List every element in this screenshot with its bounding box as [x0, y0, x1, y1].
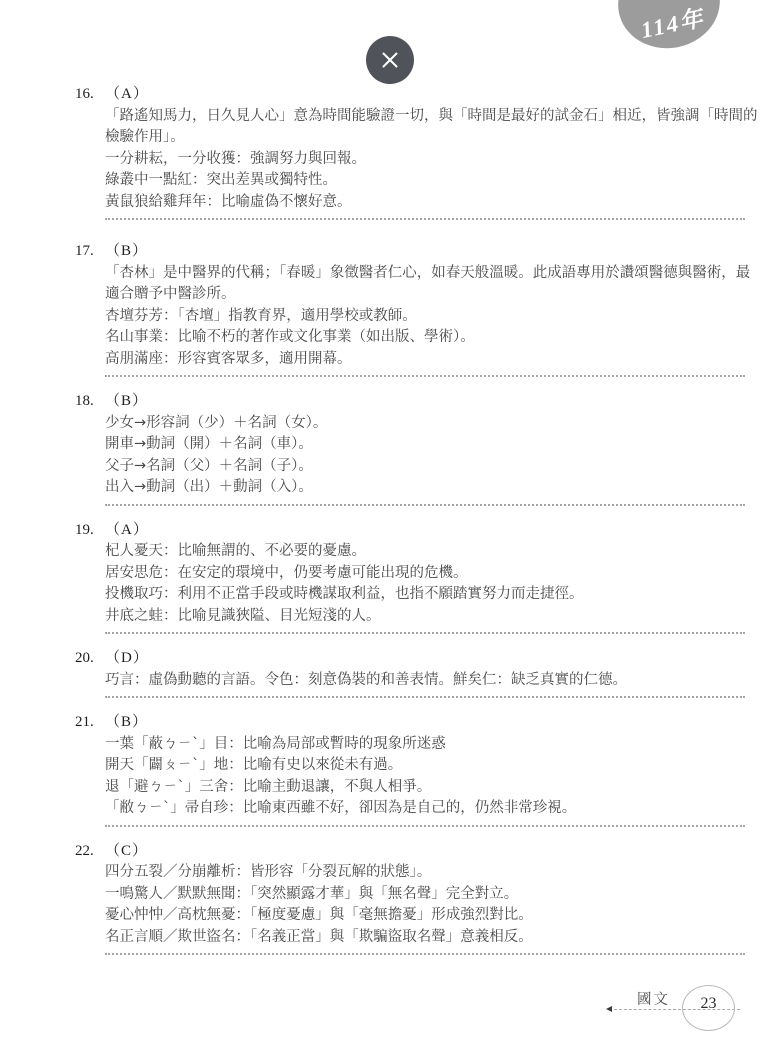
explanation-line: 綠叢中一點紅：突出差異或獨特性。 — [105, 170, 745, 192]
item-head: 21.（B） — [75, 712, 745, 734]
footer-arrow-icon — [606, 1006, 612, 1012]
answer-letter: （D） — [105, 650, 149, 666]
explanation-line: 杞人憂天：比喻無謂的、不必要的憂慮。 — [105, 541, 745, 563]
explanation-line: 投機取巧：利用不正當手段或時機謀取利益，也指不願踏實努力而走捷徑。 — [105, 584, 745, 606]
answer-letter: （A） — [105, 86, 149, 102]
answer-letter: （B） — [105, 243, 148, 259]
item-head: 17.（B） — [75, 241, 745, 263]
explanation-line: 居安思危：在安定的環境中，仍要考慮可能出現的危機。 — [105, 563, 745, 585]
explanation-line: 「杏林」是中醫界的代稱；「春暖」象徵醫者仁心，如春天般溫暖。此成語專用於讚頌醫德… — [105, 263, 745, 285]
explanation-line: 一鳴驚人／默默無聞：「突然顯露才華」與「無名聲」完全對立。 — [105, 884, 745, 906]
explanation-line: 巧言：虛偽動聽的言語。令色：刻意偽裝的和善表情。鮮矣仁：缺乏真實的仁德。 — [105, 670, 745, 692]
explanation-line: 名正言順／欺世盜名：「名義正當」與「欺騙盜取名聲」意義相反。 — [105, 927, 745, 949]
explanation-line: 井底之蛙：比喻見識狹隘、目光短淺的人。 — [105, 606, 745, 628]
dotted-separator — [105, 504, 745, 506]
item-head: 22.（C） — [75, 841, 745, 863]
close-icon — [378, 48, 402, 72]
explanation-line: 退「避ㄅㄧˋ」三舍：比喻主動退讓，不與人相爭。 — [105, 777, 745, 799]
page-footer: 國文 23 — [600, 980, 742, 1036]
question-number: 16. — [75, 84, 105, 106]
question-number: 22. — [75, 841, 105, 863]
question-number: 19. — [75, 520, 105, 542]
explanation-line: 適合贈予中醫診所。 — [105, 284, 745, 306]
dotted-separator — [105, 696, 745, 698]
explanation-line: 檢驗作用」。 — [105, 127, 745, 149]
item-head: 18.（B） — [75, 391, 745, 413]
explanation-line: 開天「闢ㄆㄧˋ」地：比喻有史以來從未有過。 — [105, 755, 745, 777]
explanation-line: 憂心忡忡／高枕無憂：「極度憂慮」與「毫無擔憂」形成強烈對比。 — [105, 905, 745, 927]
answer-letter: （C） — [105, 843, 148, 859]
dotted-separator — [105, 632, 745, 634]
explanation-line: 父子→名詞（父）＋名詞（子）。 — [105, 456, 745, 478]
item-head: 20.（D） — [75, 648, 745, 670]
answer-item-18: 18.（B） 少女→形容詞（少）＋名詞（女）。 開車→動詞（開）＋名詞（車）。 … — [75, 391, 745, 506]
subject-label: 國文 — [637, 991, 670, 1009]
explanation-line: 出入→動詞（出）＋動詞（入）。 — [105, 477, 745, 499]
explanation-line: 名山事業：比喻不朽的著作或文化事業（如出版、學術）。 — [105, 327, 745, 349]
answer-letter: （B） — [105, 393, 148, 409]
explanation-line: 杏壇芬芳：「杏壇」指教育界，適用學校或教師。 — [105, 306, 745, 328]
year-badge: 114年 — [611, 0, 727, 56]
explanation-line: 四分五裂／分崩離析：皆形容「分裂瓦解的狀態」。 — [105, 862, 745, 884]
item-head: 19.（A） — [75, 520, 745, 542]
answer-letter: （B） — [105, 714, 148, 730]
item-head: 16.（A） — [75, 84, 745, 106]
answer-item-21: 21.（B） 一葉「蔽ㄅㄧˋ」目：比喻為局部或暫時的現象所迷惑 開天「闢ㄆㄧˋ」… — [75, 712, 745, 827]
year-badge-label: 114年 — [637, 0, 709, 54]
answer-letter: （A） — [105, 522, 149, 538]
answer-key-page: { "year_badge": { "label": "114年", "bg_c… — [0, 0, 782, 1041]
explanation-line: 「敝ㄅㄧˋ」帚自珍：比喻東西雖不好，卻因為是自己的，仍然非常珍視。 — [105, 798, 745, 820]
question-number: 20. — [75, 648, 105, 670]
explanation-line: 少女→形容詞（少）＋名詞（女）。 — [105, 413, 745, 435]
close-button[interactable] — [366, 36, 414, 84]
dotted-separator — [105, 825, 745, 827]
explanation-line: 「路遙知馬力，日久見人心」意為時間能驗證一切，與「時間是最好的試金石」相近，皆強… — [105, 106, 745, 128]
page-number: 23 — [701, 995, 717, 1013]
answer-item-17: 17.（B） 「杏林」是中醫界的代稱；「春暖」象徵醫者仁心，如春天般溫暖。此成語… — [75, 241, 745, 377]
answer-item-16: 16.（A） 「路遙知馬力，日久見人心」意為時間能驗證一切，與「時間是最好的試金… — [75, 84, 745, 220]
dotted-separator — [105, 953, 745, 955]
explanation-line: 黃鼠狼給雞拜年：比喻虛偽不懷好意。 — [105, 192, 745, 214]
dotted-separator — [105, 375, 745, 377]
answer-item-19: 19.（A） 杞人憂天：比喻無謂的、不必要的憂慮。 居安思危：在安定的環境中，仍… — [75, 520, 745, 635]
answer-item-22: 22.（C） 四分五裂／分崩離析：皆形容「分裂瓦解的狀態」。 一鳴驚人／默默無聞… — [75, 841, 745, 956]
explanation-line: 一葉「蔽ㄅㄧˋ」目：比喻為局部或暫時的現象所迷惑 — [105, 734, 745, 756]
question-number: 18. — [75, 391, 105, 413]
question-number: 17. — [75, 241, 105, 263]
dotted-separator — [105, 218, 745, 220]
explanation-line: 高朋滿座：形容賓客眾多，適用開幕。 — [105, 349, 745, 371]
answer-item-20: 20.（D） 巧言：虛偽動聽的言語。令色：刻意偽裝的和善表情。鮮矣仁：缺乏真實的… — [75, 648, 745, 698]
explanation-line: 一分耕耘，一分收獲：強調努力與回報。 — [105, 149, 745, 171]
question-number: 21. — [75, 712, 105, 734]
answer-list: 16.（A） 「路遙知馬力，日久見人心」意為時間能驗證一切，與「時間是最好的試金… — [75, 84, 745, 969]
page-number-circle: 23 — [682, 985, 735, 1031]
explanation-line: 開車→動詞（開）＋名詞（車）。 — [105, 434, 745, 456]
